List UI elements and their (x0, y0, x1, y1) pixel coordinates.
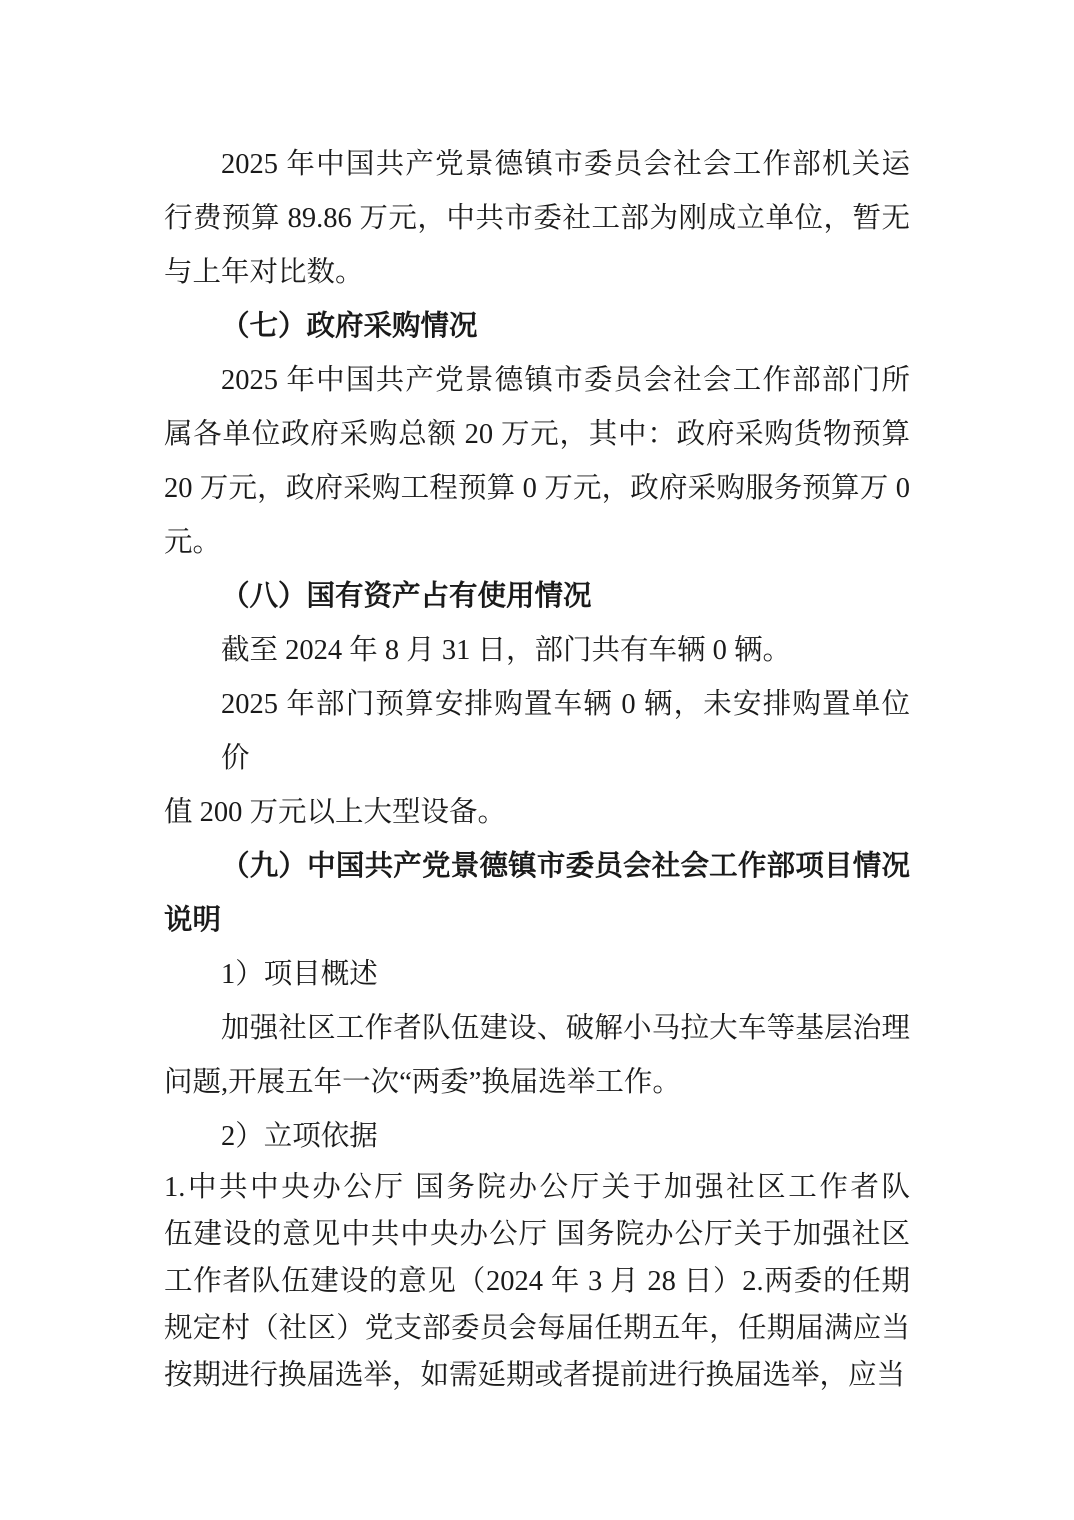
text-line: 2025 年中国共产党景德镇市委员会社会工作部机关运 (164, 138, 910, 192)
text-line: 1.中共中央办公厅 国务院办公厅关于加强社区工作者队 (164, 1164, 910, 1211)
paragraph: 截至 2024 年 8 月 31 日，部门共有车辆 0 辆。 (164, 624, 910, 678)
document-page: 2025 年中国共产党景德镇市委员会社会工作部机关运行费预算 89.86 万元，… (0, 0, 1074, 1520)
text-line: 工作者队伍建设的意见（2024 年 3 月 28 日）2.两委的任期 (164, 1258, 910, 1305)
section-heading: （八）国有资产占有使用情况 (164, 570, 910, 624)
text-line: （九）中国共产党景德镇市委员会社会工作部项目情况 (164, 840, 910, 894)
paragraph: 2025 年中国共产党景德镇市委员会社会工作部机关运行费预算 89.86 万元，… (164, 138, 910, 300)
paragraph: 2025 年部门预算安排购置车辆 0 辆，未安排购置单位价值 200 万元以上大… (164, 678, 910, 840)
text-line: 1）项目概述 (164, 948, 910, 1002)
text-line: 值 200 万元以上大型设备。 (164, 786, 910, 840)
text-line: 说明 (164, 894, 910, 948)
text-line: 与上年对比数。 (164, 246, 910, 300)
text-line: 行费预算 89.86 万元，中共市委社工部为刚成立单位，暂无 (164, 192, 910, 246)
section-heading: （九）中国共产党景德镇市委员会社会工作部项目情况说明 (164, 840, 910, 948)
text-line: （八）国有资产占有使用情况 (164, 570, 910, 624)
text-line: 属各单位政府采购总额 20 万元，其中：政府采购货物预算 (164, 408, 910, 462)
text-line: 元。 (164, 516, 910, 570)
text-line: 2）立项依据 (164, 1110, 910, 1164)
text-line: 20 万元，政府采购工程预算 0 万元，政府采购服务预算万 0 (164, 462, 910, 516)
paragraph: 2）立项依据 (164, 1110, 910, 1164)
document-content: 2025 年中国共产党景德镇市委员会社会工作部机关运行费预算 89.86 万元，… (164, 138, 910, 1399)
text-line: 按期进行换届选举，如需延期或者提前进行换届选举，应当 (164, 1352, 910, 1399)
paragraph: 加强社区工作者队伍建设、破解小马拉大车等基层治理问题,开展五年一次“两委”换届选… (164, 1002, 910, 1110)
text-line: 2025 年中国共产党景德镇市委员会社会工作部部门所 (164, 354, 910, 408)
text-line: 2025 年部门预算安排购置车辆 0 辆，未安排购置单位价 (164, 678, 910, 786)
text-line: 加强社区工作者队伍建设、破解小马拉大车等基层治理 (164, 1002, 910, 1056)
paragraph: 1.中共中央办公厅 国务院办公厅关于加强社区工作者队伍建设的意见中共中央办公厅 … (164, 1164, 910, 1399)
text-line: 伍建设的意见中共中央办公厅 国务院办公厅关于加强社区 (164, 1211, 910, 1258)
text-line: 问题,开展五年一次“两委”换届选举工作。 (164, 1056, 910, 1110)
text-line: 截至 2024 年 8 月 31 日，部门共有车辆 0 辆。 (164, 624, 910, 678)
text-line: 规定村（社区）党支部委员会每届任期五年，任期届满应当 (164, 1305, 910, 1352)
paragraph: 1）项目概述 (164, 948, 910, 1002)
text-line: （七）政府采购情况 (164, 300, 910, 354)
section-heading: （七）政府采购情况 (164, 300, 910, 354)
paragraph: 2025 年中国共产党景德镇市委员会社会工作部部门所属各单位政府采购总额 20 … (164, 354, 910, 570)
